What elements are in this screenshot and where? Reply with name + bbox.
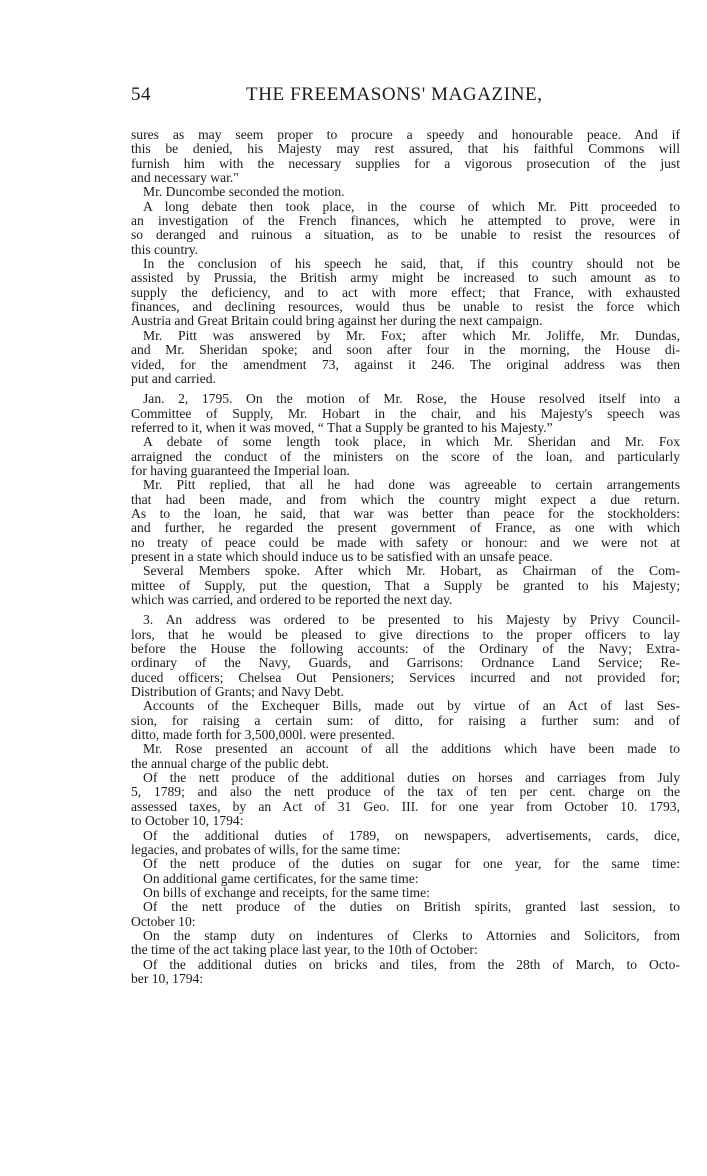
text-line: supply the deficiency, and to act with m… — [131, 286, 680, 300]
paragraph: Of the nett produce of the additional du… — [131, 771, 680, 828]
text-line: Of the nett produce of the additional du… — [131, 771, 680, 785]
paragraph-dated-entry: 3. An address was ordered to be presente… — [131, 613, 680, 699]
paragraph: sures as may seem proper to procure a sp… — [131, 128, 680, 185]
paragraph: Of the additional duties on bricks and t… — [131, 958, 680, 987]
text-line: and further, he regarded the present gov… — [131, 521, 680, 535]
text-line: Jan. 2, 1795. On the motion of Mr. Rose,… — [131, 392, 680, 406]
paragraph-dated-entry: Jan. 2, 1795. On the motion of Mr. Rose,… — [131, 392, 680, 435]
text-line: Of the additional duties on bricks and t… — [131, 958, 680, 972]
text-line: Distribution of Grants; and Navy Debt. — [131, 685, 680, 699]
text-line: duced officers; Chelsea Out Pensioners; … — [131, 671, 680, 685]
text-line: Austria and Great Britain could bring ag… — [131, 314, 680, 328]
text-line: the time of the act taking place last ye… — [131, 943, 680, 957]
paragraph: On the stamp duty on indentures of Clerk… — [131, 929, 680, 958]
text-line: A long debate then took place, in the co… — [131, 200, 680, 214]
text-line: In the conclusion of his speech he said,… — [131, 257, 680, 271]
text-line: this be denied, his Majesty may rest ass… — [131, 142, 680, 156]
paragraph: A long debate then took place, in the co… — [131, 200, 680, 257]
text-line: which was carried, and ordered to be rep… — [131, 593, 680, 607]
paragraph: On bills of exchange and receipts, for t… — [131, 886, 680, 900]
text-line: On bills of exchange and receipts, for t… — [131, 886, 680, 900]
paragraph: On additional game certificates, for the… — [131, 872, 680, 886]
text-line: and necessary war." — [131, 171, 680, 185]
text-line: On the stamp duty on indentures of Clerk… — [131, 929, 680, 943]
text-line: Mr. Pitt was answered by Mr. Fox; after … — [131, 329, 680, 343]
paragraph: Mr. Rose presented an account of all the… — [131, 742, 680, 771]
text-line: ber 10, 1794: — [131, 972, 680, 986]
text-line: Of the additional duties of 1789, on new… — [131, 829, 680, 843]
text-line: Several Members spoke. After which Mr. H… — [131, 564, 680, 578]
text-line: an investigation of the French finances,… — [131, 214, 680, 228]
paragraph: Mr. Pitt was answered by Mr. Fox; after … — [131, 329, 680, 386]
running-title: THE FREEMASONS' MAGAZINE, — [246, 84, 543, 106]
paragraph: Accounts of the Exchequer Bills, made ou… — [131, 699, 680, 742]
text-line: so deranged and ruinous a situation, as … — [131, 228, 680, 242]
text-line: On additional game certificates, for the… — [131, 872, 680, 886]
paragraph: Mr. Duncombe seconded the motion. — [131, 185, 680, 199]
page-number: 54 — [131, 84, 151, 106]
text-line: assisted by Prussia, the British army mi… — [131, 271, 680, 285]
text-line: no treaty of peace could be made with sa… — [131, 536, 680, 550]
text-line: referred to it, when it was moved, “ Tha… — [131, 421, 680, 435]
text-line: Of the nett produce of the duties on Bri… — [131, 900, 680, 914]
text-line: A debate of some length took place, in w… — [131, 435, 680, 449]
text-line: sion, for raising a certain sum: of ditt… — [131, 714, 680, 728]
text-line: sures as may seem proper to procure a sp… — [131, 128, 680, 142]
paragraph: Of the nett produce of the duties on sug… — [131, 857, 680, 871]
text-line: this country. — [131, 243, 680, 257]
text-line: Mr. Rose presented an account of all the… — [131, 742, 680, 756]
text-line: lors, that he would be pleased to give d… — [131, 628, 680, 642]
text-line: furnish him with the necessary supplies … — [131, 157, 680, 171]
text-line: put and carried. — [131, 372, 680, 386]
text-line: arraigned the conduct of the ministers o… — [131, 450, 680, 464]
text-line: legacies, and probates of wills, for the… — [131, 843, 680, 857]
text-line: to October 10, 1794: — [131, 814, 680, 828]
text-line: finances, and declining resources, would… — [131, 300, 680, 314]
text-line: October 10: — [131, 915, 680, 929]
text-line: Committee of Supply, Mr. Hobart in the c… — [131, 407, 680, 421]
text-line: Mr. Duncombe seconded the motion. — [131, 185, 680, 199]
paragraph: Of the nett produce of the duties on Bri… — [131, 900, 680, 929]
text-line: for having guaranteed the Imperial loan. — [131, 464, 680, 478]
magazine-page: 54 THE FREEMASONS' MAGAZINE, sures as ma… — [131, 84, 680, 986]
text-line: the annual charge of the public debt. — [131, 757, 680, 771]
text-line: ordinary of the Navy, Guards, and Garris… — [131, 656, 680, 670]
text-line: Accounts of the Exchequer Bills, made ou… — [131, 699, 680, 713]
text-line: As to the loan, he said, that war was be… — [131, 507, 680, 521]
paragraph: In the conclusion of his speech he said,… — [131, 257, 680, 329]
text-line: 3. An address was ordered to be presente… — [131, 613, 680, 627]
text-line: and Mr. Sheridan spoke; and soon after f… — [131, 343, 680, 357]
text-line: 5, 1789; and also the nett produce of th… — [131, 785, 680, 799]
paragraph: Of the additional duties of 1789, on new… — [131, 829, 680, 858]
text-line: Of the nett produce of the duties on sug… — [131, 857, 680, 871]
text-line: mittee of Supply, put the question, That… — [131, 579, 680, 593]
text-line: that had been made, and from which the c… — [131, 493, 680, 507]
paragraph: Several Members spoke. After which Mr. H… — [131, 564, 680, 607]
text-line: assessed taxes, by an Act of 31 Geo. III… — [131, 800, 680, 814]
text-line: before the House the following accounts:… — [131, 642, 680, 656]
text-line: vided, for the amendment 73, against it … — [131, 358, 680, 372]
page-header: 54 THE FREEMASONS' MAGAZINE, — [131, 84, 680, 114]
paragraph: Mr. Pitt replied, that all he had done w… — [131, 478, 680, 564]
paragraph: A debate of some length took place, in w… — [131, 435, 680, 478]
text-line: ditto, made forth for 3,500,000l. were p… — [131, 728, 680, 742]
text-line: present in a state which should induce u… — [131, 550, 680, 564]
article-body: sures as may seem proper to procure a sp… — [131, 128, 680, 986]
text-line: Mr. Pitt replied, that all he had done w… — [131, 478, 680, 492]
